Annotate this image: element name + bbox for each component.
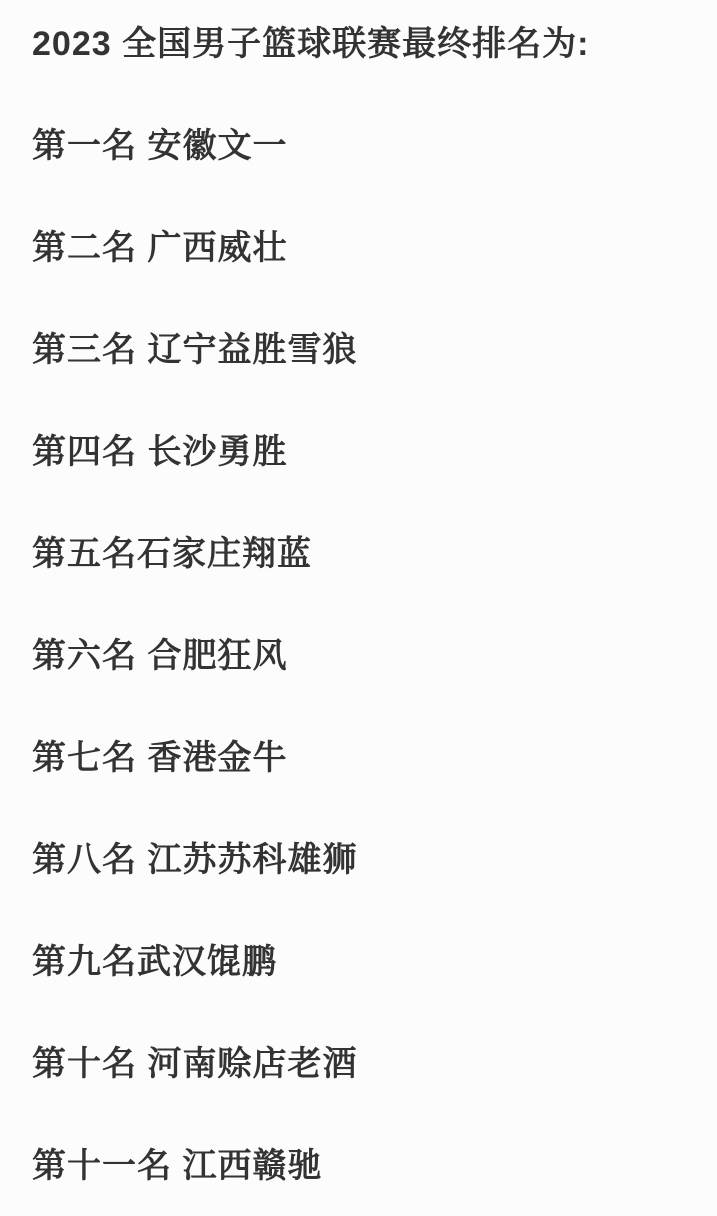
ranking-line-2: 第二名 广西威壮 — [32, 231, 687, 265]
ranking-line-9: 第九名武汉馄鹏 — [32, 945, 687, 979]
ranking-line-10: 第十名 河南赊店老酒 — [32, 1047, 687, 1081]
document-page: 2023 全国男子篮球联赛最终排名为: 第一名 安徽文一 第二名 广西威壮 第三… — [0, 0, 717, 1216]
document-title: 2023 全国男子篮球联赛最终排名为: — [32, 27, 687, 61]
ranking-line-6: 第六名 合肥狂风 — [32, 639, 687, 673]
ranking-line-8: 第八名 江苏苏科雄狮 — [32, 843, 687, 877]
ranking-line-1: 第一名 安徽文一 — [32, 129, 687, 163]
ranking-line-7: 第七名 香港金牛 — [32, 741, 687, 775]
ranking-line-3: 第三名 辽宁益胜雪狼 — [32, 333, 687, 367]
ranking-line-11: 第十一名 江西赣驰 — [32, 1149, 687, 1183]
ranking-line-4: 第四名 长沙勇胜 — [32, 435, 687, 469]
ranking-line-5: 第五名石家庄翔蓝 — [32, 537, 687, 571]
